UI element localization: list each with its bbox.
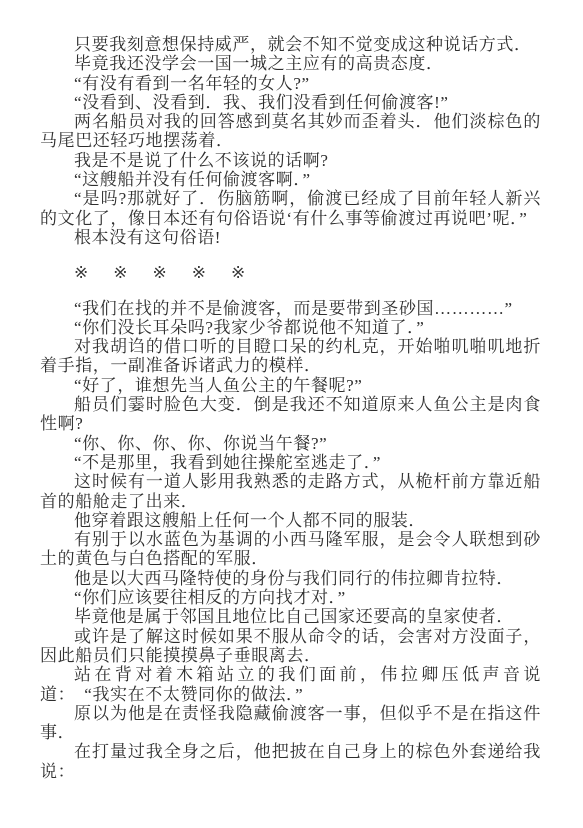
text-section-top: 只要我刻意想保持威严，就会不知不觉变成这种说话方式． 毕竟我还没学会一国一城之主… [40,35,541,247]
paragraph: 只要我刻意想保持威严，就会不知不觉变成这种说话方式． [40,35,541,54]
section-divider: ※ ※ ※ ※ ※ [40,263,541,282]
paragraph-dialogue: “你们应该要往相反的方向找才对．” [40,588,541,607]
paragraph: 根本没有这句俗语! [40,228,541,247]
book-page: 只要我刻意想保持威严，就会不知不觉变成这种说话方式． 毕竟我还没学会一国一城之主… [0,0,583,828]
paragraph-dialogue: “这艘船并没有任何偷渡客啊．” [40,170,541,189]
paragraph-dialogue: “不是那里，我看到她往操舵室逃走了．” [40,453,541,472]
paragraph: 船员们霎时脸色大变．倒是我还不知道原来人鱼公主是肉食性啊? [40,395,541,434]
paragraph: 对我胡诌的借口听的目瞪口呆的约札克，开始啪叽啪叽地折着手指，一副准备诉诸武力的模… [40,337,541,376]
paragraph: 我是不是说了什么不该说的话啊? [40,151,541,170]
paragraph: 他是以大西马隆特使的身份与我们同行的伟拉卿肯拉特． [40,569,541,588]
paragraph-dialogue: “好了，谁想先当人鱼公主的午餐呢?” [40,376,541,395]
paragraph: 他穿着跟这艘船上任何一个人都不同的服装． [40,511,541,530]
paragraph-dialogue: “有没有看到一名年轻的女人?” [40,74,541,93]
paragraph-dialogue: “我们在找的并不是偷渡客，而是要带到圣砂国…………” [40,299,541,318]
paragraph: 在打量过我全身之后，他把披在自己身上的棕色外套递给我说： [40,742,541,781]
paragraph-dialogue: “你、你、你、你、你说当午餐?” [40,434,541,453]
paragraph-dialogue: “你们没长耳朵吗?我家少爷都说他不知道了．” [40,318,541,337]
paragraph: 站在背对着木箱站立的我们面前，伟拉卿压低声音说道： “我实在不太赞同你的做法．” [40,665,541,704]
paragraph: 毕竟我还没学会一国一城之主应有的高贵态度． [40,54,541,73]
paragraph-dialogue: “是吗?那就好了．伤脑筋啊，偷渡已经成了目前年轻人新兴的文化了，像日本还有句俗语… [40,189,541,228]
text-section-bottom: “我们在找的并不是偷渡客，而是要带到圣砂国…………” “你们没长耳朵吗?我家少爷… [40,299,541,781]
paragraph: 这时候有一道人影用我熟悉的走路方式，从桅杆前方靠近船首的船舱走了出来． [40,472,541,511]
paragraph-dialogue: “没看到、没看到．我、我们没看到任何偷渡客!” [40,93,541,112]
paragraph: 两名船员对我的回答感到莫名其妙而歪着头．他们淡棕色的马尾巴还轻巧地摆荡着． [40,112,541,151]
paragraph: 毕竟他是属于邻国且地位比自己国家还要高的皇家使者． [40,607,541,626]
paragraph: 有别于以水蓝色为基调的小西马隆军服，是会令人联想到砂土的黄色与白色搭配的军服． [40,530,541,569]
paragraph: 或许是了解这时候如果不服从命令的话，会害对方没面子，因此船员们只能摸摸鼻子垂眼离… [40,627,541,666]
paragraph: 原以为他是在责怪我隐藏偷渡客一事，但似乎不是在指这件事． [40,704,541,743]
